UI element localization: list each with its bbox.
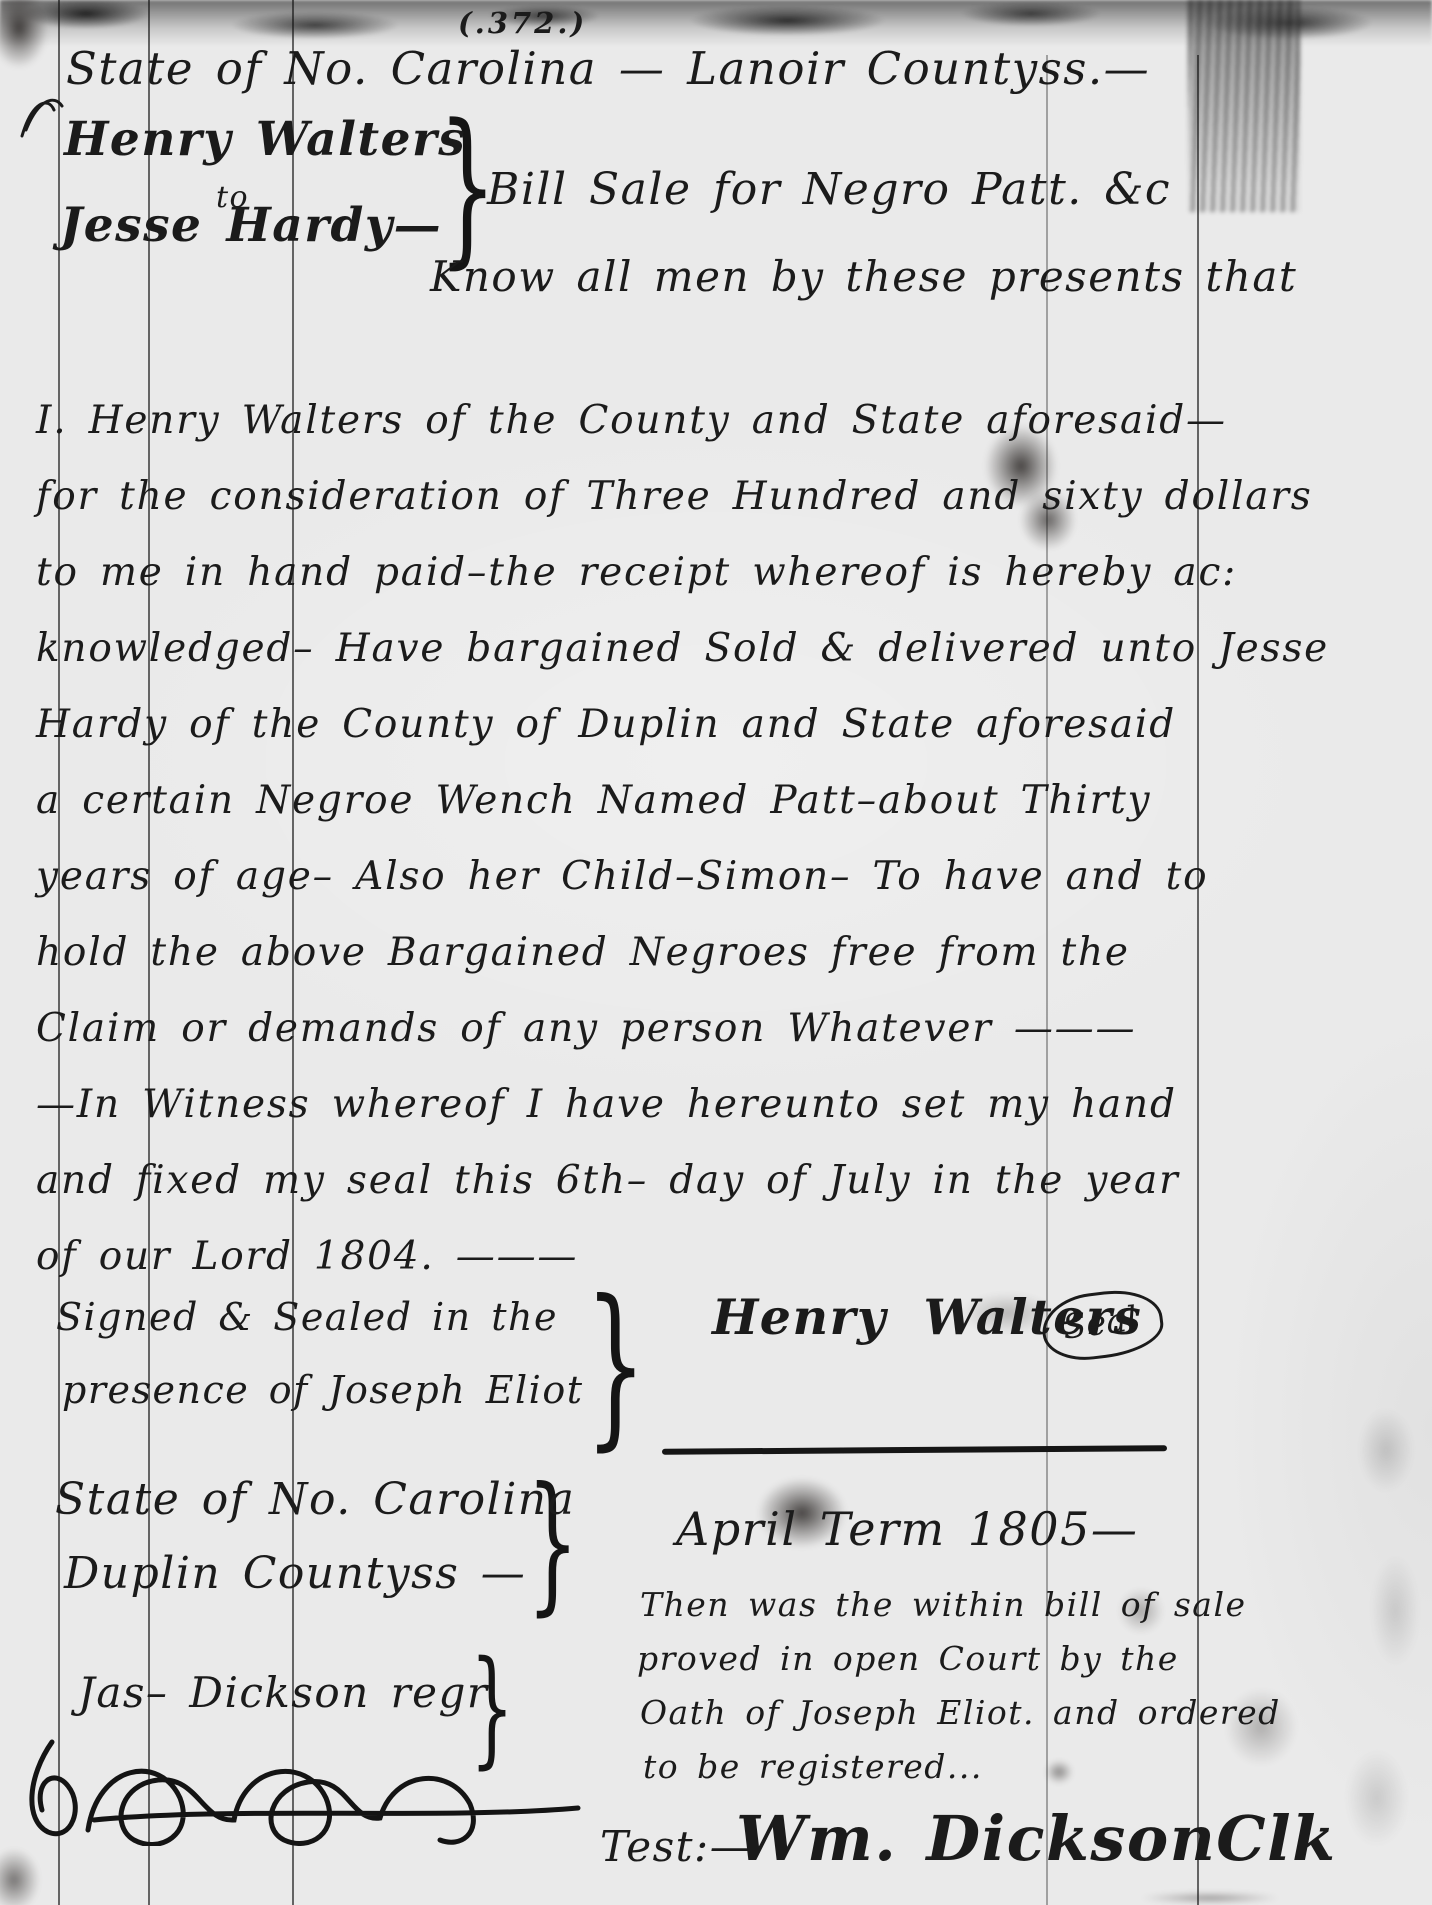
deed-caption: Bill Sale for Negro Patt. &c	[487, 164, 1171, 215]
body-line: Claim or demands of any person Whatever …	[36, 1006, 1329, 1082]
grantee-name: Jesse Hardy—	[60, 198, 442, 253]
ink-stain	[1045, 1760, 1073, 1784]
body-line: I. Henry Walters of the County and State…	[36, 398, 1329, 474]
body-line: for the consideration of Three Hundred a…	[36, 474, 1329, 550]
scan-noise-right-lower	[1340, 1370, 1432, 1905]
body-line: years of age– Also her Child–Simon– To h…	[36, 854, 1329, 930]
probate-text-line: proved in open Court by the	[637, 1639, 1179, 1678]
ink-stain	[0, 0, 48, 68]
registrar-signature: Jas– Dickson regr	[78, 1668, 489, 1717]
jurisdiction-heading: State of No. Carolina — Lanoir Countyss.…	[66, 42, 1150, 95]
signature-underline	[662, 1445, 1167, 1455]
probate-text-line: to be registered...	[643, 1747, 983, 1786]
probate-text-line: Then was the within bill of sale	[640, 1585, 1247, 1624]
opening-line: Know all men by these presents that	[430, 252, 1297, 301]
witness-note-line1: Signed & Sealed in the	[56, 1295, 558, 1339]
clerk-signature: Wm. DicksonClk	[736, 1802, 1337, 1875]
manuscript-page: (.372.) State of No. Carolina — Lanoir C…	[0, 0, 1432, 1905]
grantor-name: Henry Walters	[64, 112, 466, 167]
body-line: hold the above Bargained Negroes free fr…	[36, 930, 1329, 1006]
scan-noise-right-edge	[1188, 0, 1300, 212]
registrar-flourish	[22, 1736, 592, 1846]
body-line: —In Witness whereof I have hereunto set …	[36, 1082, 1329, 1158]
witness-note-line2: presence of Joseph Eliot	[62, 1368, 584, 1412]
court-term-line: April Term 1805—	[676, 1502, 1138, 1556]
body-line: knowledged– Have bargained Sold & delive…	[36, 626, 1329, 702]
body-line: a certain Negroe Wench Named Patt–about …	[36, 778, 1329, 854]
body-line: Hardy of the County of Duplin and State …	[36, 702, 1329, 778]
deed-body: I. Henry Walters of the County and State…	[36, 398, 1329, 1310]
probate-text-line: Oath of Joseph Eliot. and ordered	[640, 1693, 1281, 1732]
body-line: and fixed my seal this 6th– day of July …	[36, 1158, 1329, 1234]
ink-stain	[0, 1848, 40, 1905]
page-number: (.372.)	[458, 6, 587, 40]
test-label: Test:—	[600, 1822, 753, 1871]
body-line: to me in hand paid–the receipt whereof i…	[36, 550, 1329, 626]
ink-stain	[1140, 1892, 1280, 1904]
probate-state-line: State of No. Carolina	[55, 1474, 575, 1525]
probate-county-line: Duplin Countyss —	[64, 1548, 526, 1599]
